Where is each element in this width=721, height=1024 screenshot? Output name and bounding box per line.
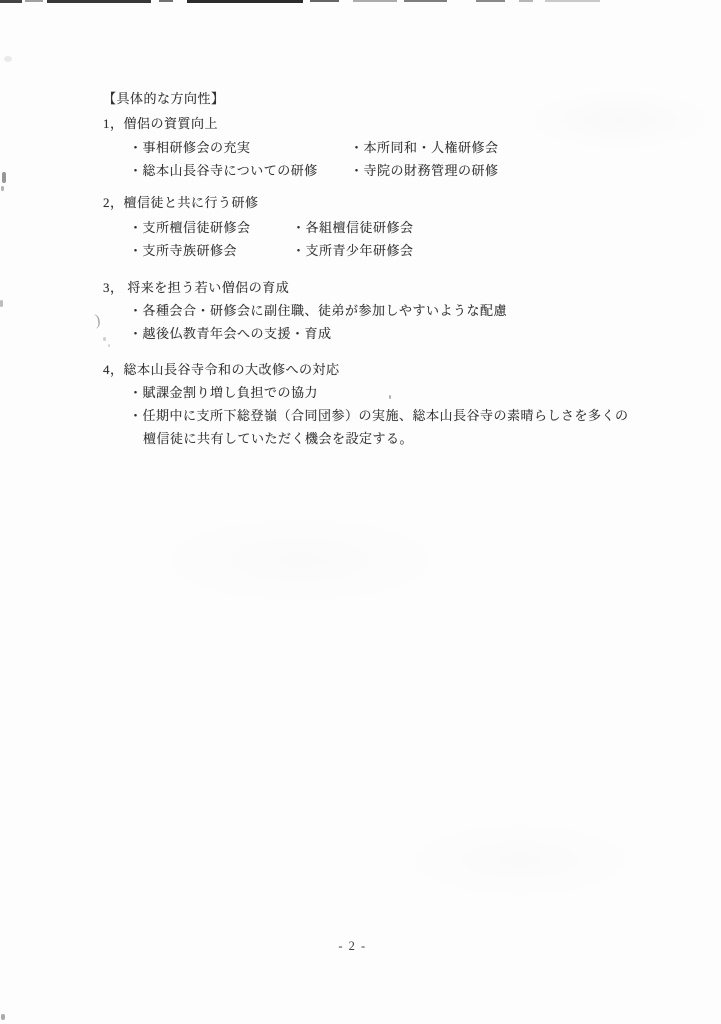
bullet-item: ・越後仏教青年会への支援・育成 [129,322,332,345]
bullet-row: ・事相研修会の充実 ・本所同和・人権研修会 [103,136,683,159]
ink-speck [0,300,3,307]
bullet-item-right: ・支所青少年研修会 [292,239,414,262]
bullet-item-right: ・寺院の財務管理の研修 [350,159,499,182]
paper-smudge [4,56,12,62]
document-body: 【具体的な方向性】 1，僧侶の資質向上 ・事相研修会の充実 ・本所同和・人権研修… [103,87,683,450]
bullet-item: ・総本山長谷寺についての研修 [129,159,350,182]
bullet-item-right: ・各組檀信徒研修会 [292,216,414,239]
bullet-item-right: ・本所同和・人権研修会 [350,136,499,159]
section-4-hasedera-renovation: 4，総本山長谷寺令和の大改修への対応 ・賦課金割り増し負担での協力 ・任期中に支… [103,358,683,450]
page-number: - 2 - [0,936,713,956]
bullet-item: ・事相研修会の充実 [129,136,350,159]
section-2-joint-training: 2，檀信徒と共に行う研修 ・支所檀信徒研修会 ・各組檀信徒研修会 ・支所寺族研修… [103,191,683,262]
section-heading: 2，檀信徒と共に行う研修 [103,191,683,214]
bullet-item: ・賦課金割り増し負担での協力 [129,381,318,404]
document-heading: 【具体的な方向性】 [103,87,683,110]
pencil-check-mark: ) [94,313,102,330]
bullet-item: ・各種会合・研修会に副住職、徒弟が参加しやすいような配慮 [129,299,507,322]
bullet-row: ・総本山長谷寺についての研修 ・寺院の財務管理の研修 [103,159,683,182]
section-heading: 1，僧侶の資質向上 [103,112,683,135]
section-heading: 3， 将来を担う若い僧侶の育成 [103,276,683,299]
section-3-young-priests: 3， 将来を担う若い僧侶の育成 ・各種会合・研修会に副住職、徒弟が参加しやすいよ… [103,276,683,345]
bullet-row: ・越後仏教青年会への支援・育成 [103,322,683,345]
bullet-row: ・任期中に支所下総登嶺（合同団参）の実施、総本山長谷寺の素晴らしさを多くの [103,404,683,427]
ink-speck [2,172,6,183]
bullet-row: ・賦課金割り増し負担での協力 [103,381,683,404]
section-1-priest-quality: 1，僧侶の資質向上 ・事相研修会の充実 ・本所同和・人権研修会 ・総本山長谷寺に… [103,112,683,182]
bullet-row: ・支所寺族研修会 ・支所青少年研修会 [103,239,683,262]
scanned-document-page: ) 【具体的な方向性】 1，僧侶の資質向上 ・事相研修会の充実 ・本所同和・人権… [0,0,721,1024]
bullet-row: ・各種会合・研修会に副住職、徒弟が参加しやすいような配慮 [103,299,683,322]
bullet-row: ・支所檀信徒研修会 ・各組檀信徒研修会 [103,216,683,239]
ink-speck [1,186,4,191]
section-heading: 4，総本山長谷寺令和の大改修への対応 [103,358,683,381]
bullet-item: ・任期中に支所下総登嶺（合同団参）の実施、総本山長谷寺の素晴らしさを多くの [129,404,629,427]
ink-speck [1,1014,5,1020]
bullet-item: ・支所檀信徒研修会 [129,216,292,239]
bullet-item: ・支所寺族研修会 [129,239,292,262]
bullet-continuation-line: 檀信徒に共有していただく機会を設定する。 [103,427,683,450]
